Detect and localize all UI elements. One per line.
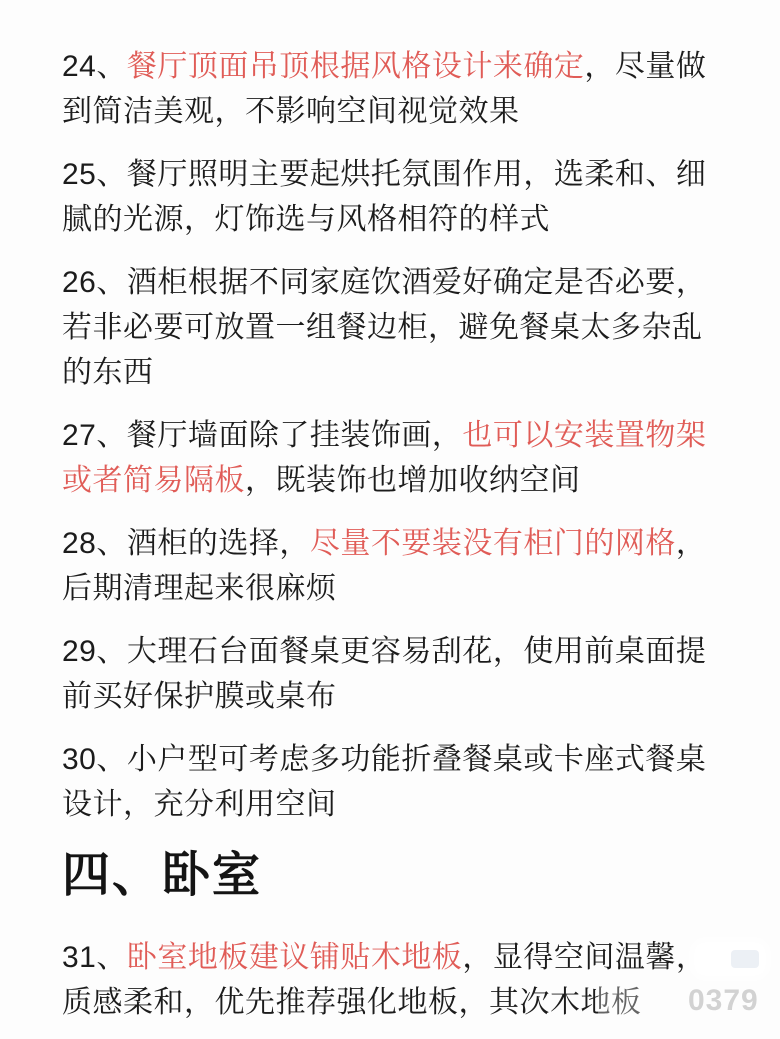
body-text: 25、餐厅照明主要起烘托氛围作用，选柔和、细腻的光源，灯饰选与风格相符的样式: [62, 158, 706, 236]
tip-item-24: 24、餐厅顶面吊顶根据风格设计来确定，尽量做到简洁美观，不影响空间视觉效果: [62, 44, 720, 134]
tip-item-26: 26、酒柜根据不同家庭饮酒爱好确定是否必要，若非必要可放置一组餐边柜，避免餐桌太…: [62, 260, 720, 395]
body-text: 28、酒柜的选择，: [62, 527, 310, 560]
content: 24、餐厅顶面吊顶根据风格设计来确定，尽量做到简洁美观，不影响空间视觉效果25、…: [0, 0, 780, 1025]
body-text: 24、: [62, 50, 127, 83]
highlighted-text: 尽量不要装没有柜门的网格: [310, 527, 676, 560]
highlighted-text: 卧室地板建议铺贴木地板: [127, 941, 463, 974]
tip-item-31: 31、卧室地板建议铺贴木地板，显得空间温馨，质感柔和，优先推荐强化地板，其次木地…: [62, 935, 720, 1025]
body-text: 27、餐厅墙面除了挂装饰画，: [62, 419, 462, 452]
tip-item-25: 25、餐厅照明主要起烘托氛围作用，选柔和、细腻的光源，灯饰选与风格相符的样式: [62, 152, 720, 242]
body-text: 30、小户型可考虑多功能折叠餐桌或卡座式餐桌设计，充分利用空间: [62, 743, 706, 821]
tip-item-28: 28、酒柜的选择，尽量不要装没有柜门的网格，后期清理起来很麻烦: [62, 521, 720, 611]
body-text: 31、: [62, 941, 127, 974]
highlighted-text: 餐厅顶面吊顶根据风格设计来确定: [127, 50, 585, 83]
tip-item-30: 30、小户型可考虑多功能折叠餐桌或卡座式餐桌设计，充分利用空间: [62, 737, 720, 827]
body-text: 29、大理石台面餐桌更容易刮花，使用前桌面提前买好保护膜或桌布: [62, 635, 706, 713]
tip-item-29: 29、大理石台面餐桌更容易刮花，使用前桌面提前买好保护膜或桌布: [62, 629, 720, 719]
tip-item-27: 27、餐厅墙面除了挂装饰画，也可以安装置物架或者简易隔板，既装饰也增加收纳空间: [62, 413, 720, 503]
body-text: ，既装饰也增加收纳空间: [245, 464, 581, 497]
body-text: 26、酒柜根据不同家庭饮酒爱好确定是否必要，若非必要可放置一组餐边柜，避免餐桌太…: [62, 266, 706, 389]
page: 24、餐厅顶面吊顶根据风格设计来确定，尽量做到简洁美观，不影响空间视觉效果25、…: [0, 0, 780, 1039]
section-heading: 四、卧室: [62, 847, 720, 905]
